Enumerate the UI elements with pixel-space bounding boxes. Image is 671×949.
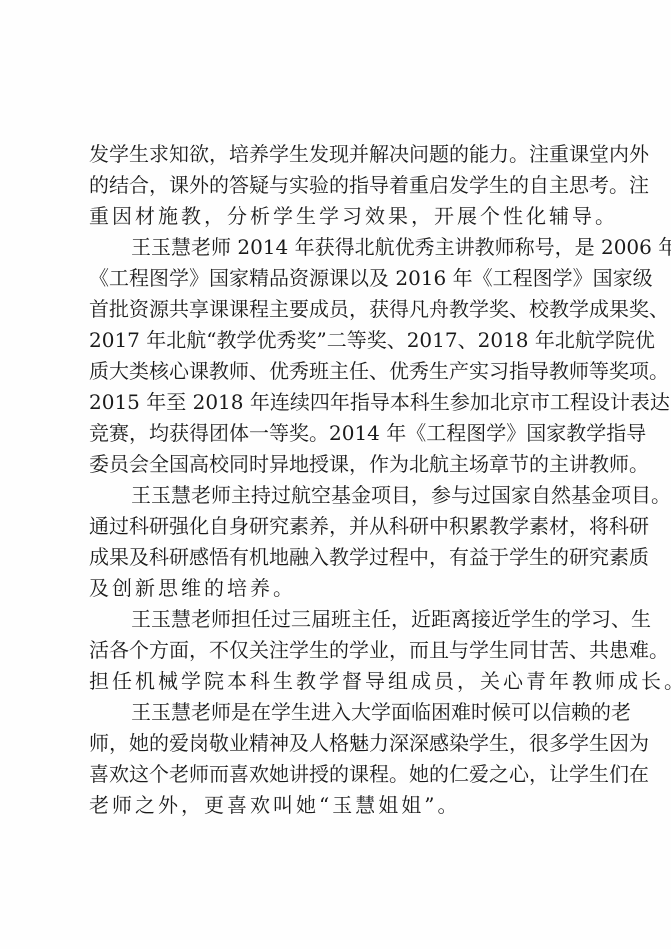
text-line: 老师之外，更喜欢叫她“玉慧姐姐”。: [89, 790, 583, 821]
text-line: 的结合，课外的答疑与实验的指导着重启发学生的自主思考。注: [89, 170, 583, 201]
text-line: 重因材施教，分析学生学习效果，开展个性化辅导。: [89, 201, 583, 232]
text-line: 2017 年北航“教学优秀奖”二等奖、2017、2018 年北航学院优: [89, 325, 583, 356]
text-line: 王玉慧老师是在学生进入大学面临困难时候可以信赖的老: [131, 697, 583, 728]
text-line: 竞赛，均获得团体一等奖。2014 年《工程图学》国家教学指导: [89, 418, 583, 449]
text-line: 及创新思维的培养。: [89, 573, 583, 604]
document-page: 发学生求知欲，培养学生发现并解决问题的能力。注重课堂内外 的结合，课外的答疑与实…: [0, 0, 671, 949]
text-line: 担任机械学院本科生教学督导组成员，关心青年教师成长。: [89, 666, 583, 697]
text-line: 质大类核心课教师、优秀班主任、优秀生产实习指导教师等奖项。: [89, 356, 583, 387]
text-line: 王玉慧老师担任过三届班主任，近距离接近学生的学习、生: [131, 604, 583, 635]
text-line: 发学生求知欲，培养学生发现并解决问题的能力。注重课堂内外: [89, 139, 583, 170]
text-line: 喜欢这个老师而喜欢她讲授的课程。她的仁爱之心，让学生们在: [89, 759, 583, 790]
text-line: 活各个方面，不仅关注学生的学业，而且与学生同甘苦、共患难。: [89, 635, 583, 666]
text-line: 通过科研强化自身研究素养，并从科研中积累教学素材，将科研: [89, 511, 583, 542]
text-line: 师，她的爱岗敬业精神及人格魅力深深感染学生，很多学生因为: [89, 728, 583, 759]
text-line: 2015 年至 2018 年连续四年指导本科生参加北京市工程设计表达: [89, 387, 583, 418]
text-line: 《工程图学》国家精品资源课以及 2016 年《工程图学》国家级: [89, 263, 583, 294]
text-line: 王玉慧老师主持过航空基金项目，参与过国家自然基金项目。: [131, 480, 583, 511]
text-line: 首批资源共享课课程主要成员，获得凡舟教学奖、校教学成果奖、: [89, 294, 583, 325]
text-line: 王玉慧老师 2014 年获得北航优秀主讲教师称号，是 2006 年: [131, 232, 583, 263]
text-line: 委员会全国高校同时异地授课，作为北航主场章节的主讲教师。: [89, 449, 583, 480]
text-line: 成果及科研感悟有机地融入教学过程中，有益于学生的研究素质: [89, 542, 583, 573]
